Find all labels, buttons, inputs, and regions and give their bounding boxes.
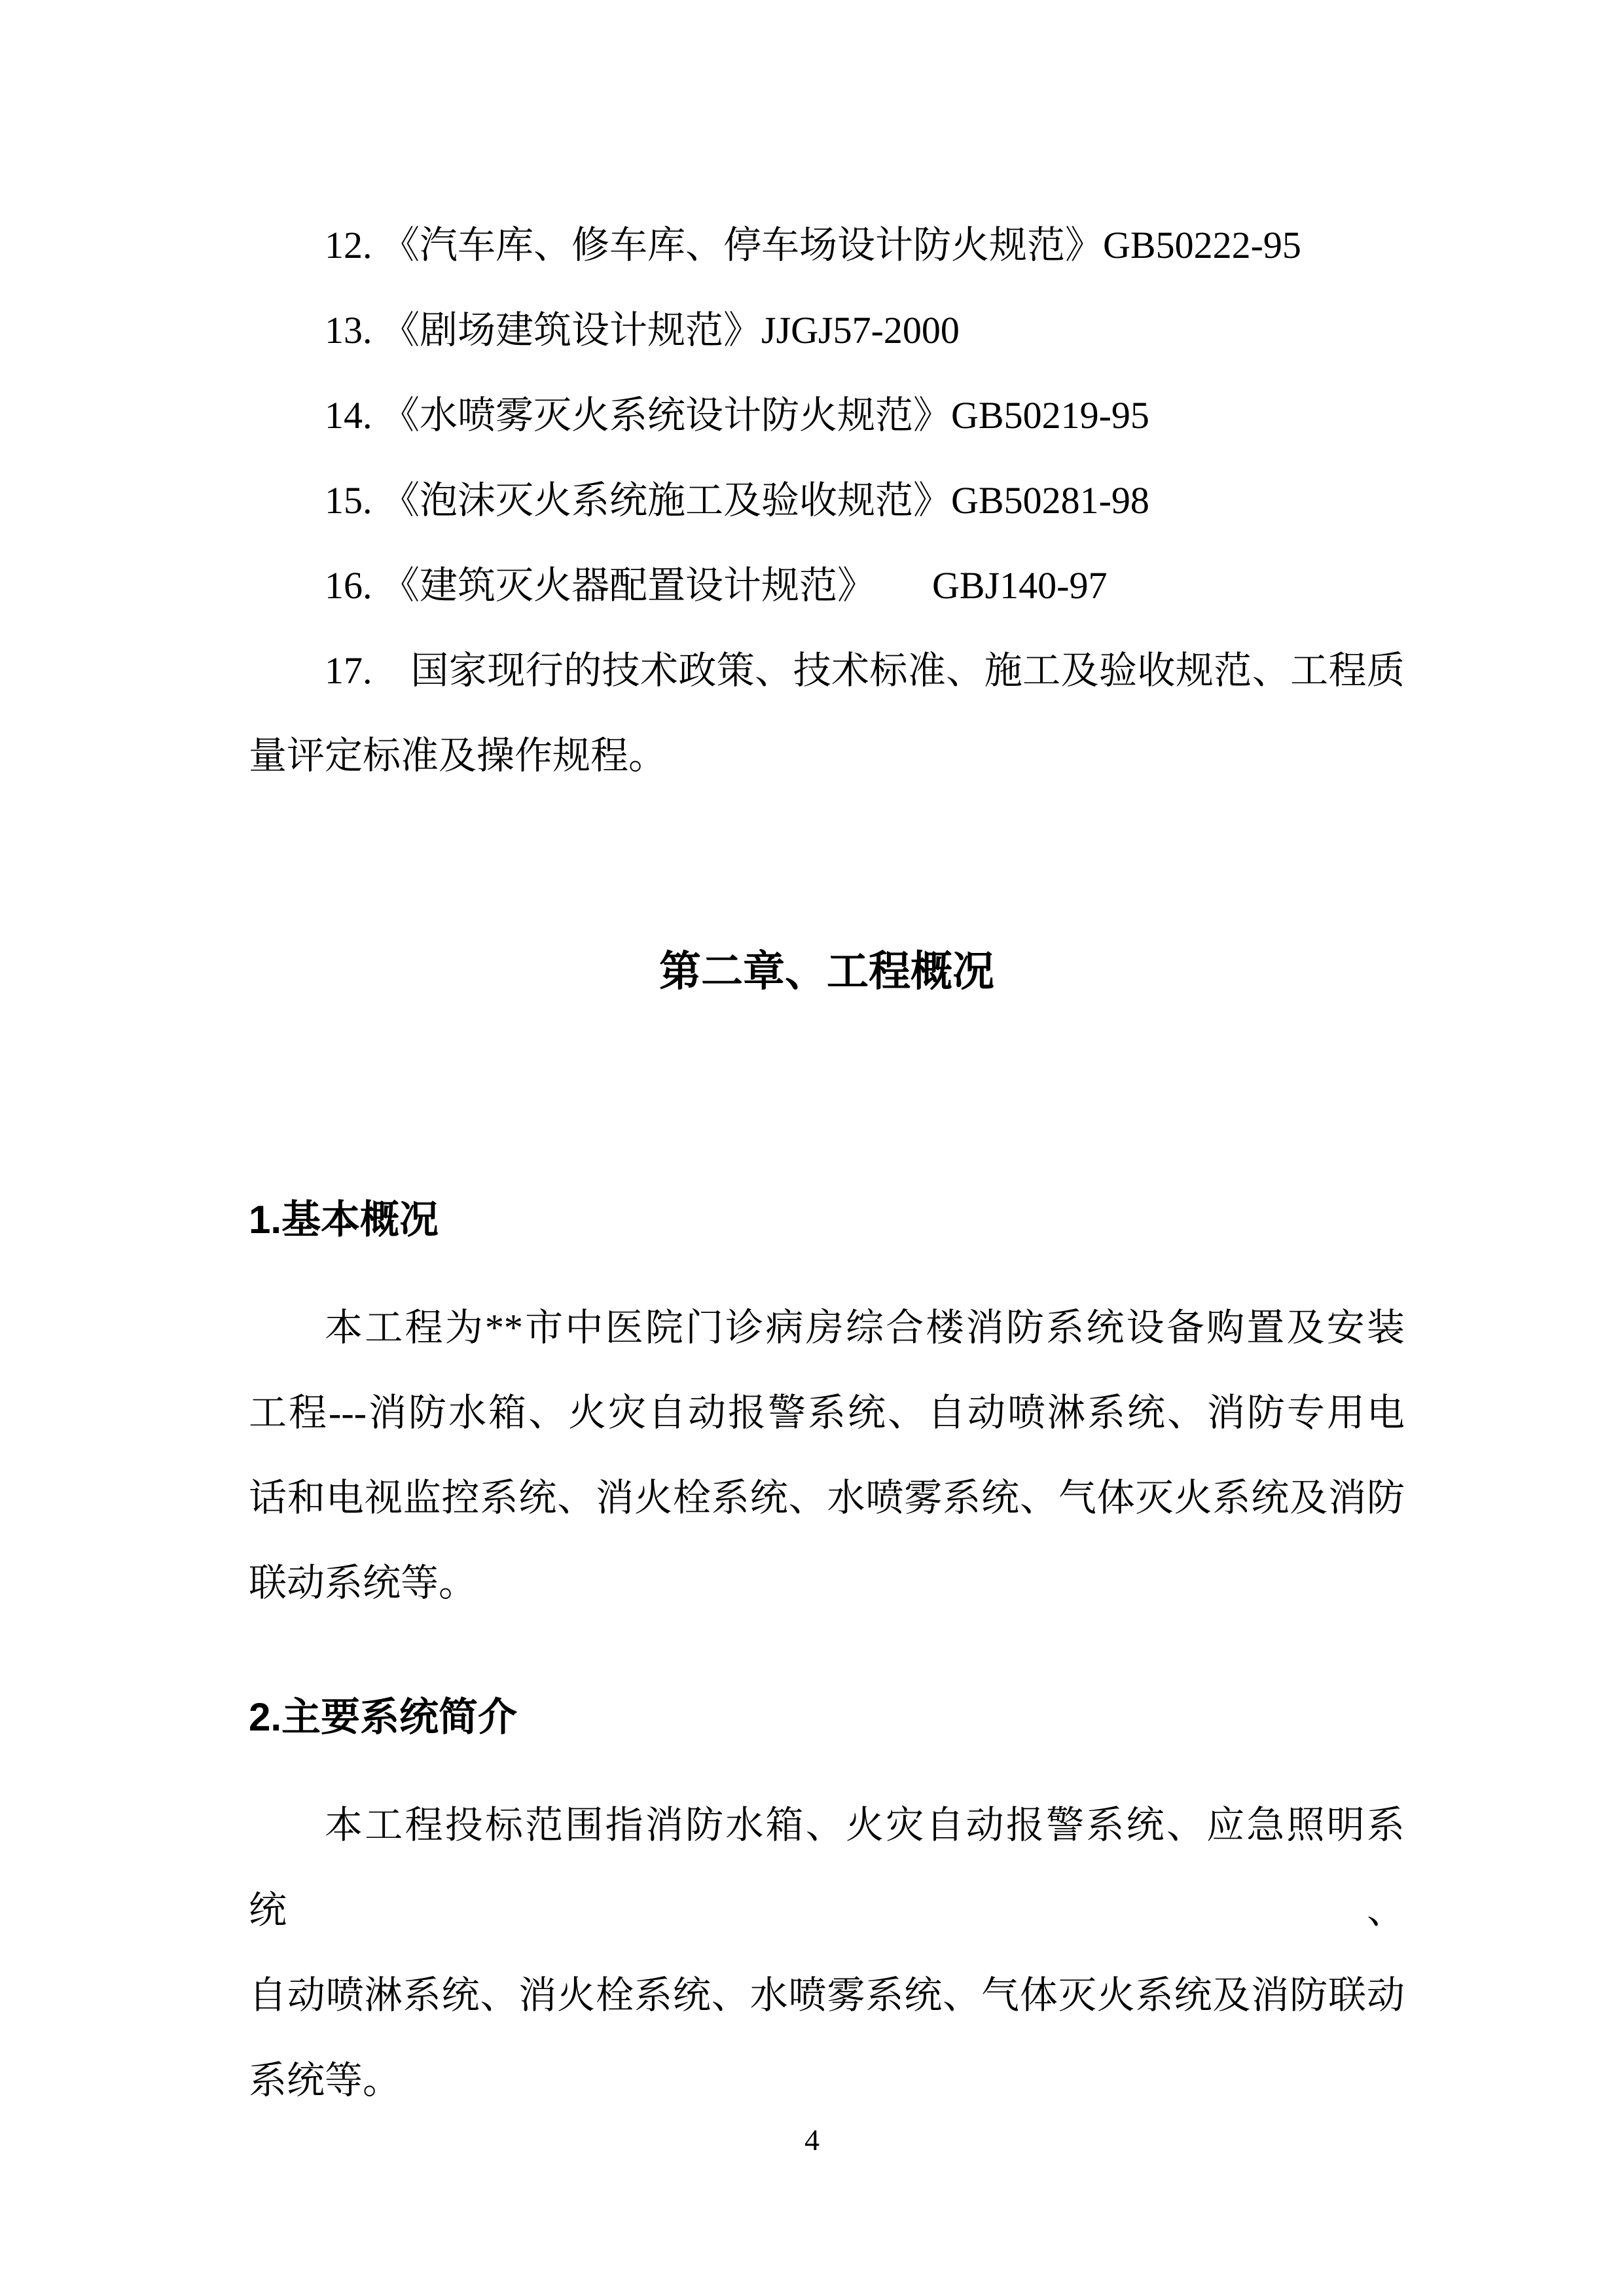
paragraph-line: 工程---消防水箱、火灾自动报警系统、自动喷淋系统、消防专用电 [249,1371,1405,1456]
page-number: 4 [0,2121,1624,2160]
paragraph-line: 联动系统等。 [249,1541,1405,1626]
paragraph-line: 自动喷淋系统、消火栓系统、水喷雾系统、气体灭火系统及消防联动 [249,1953,1405,2038]
section-heading-basic-overview: 1.基本概况 [249,1177,1405,1263]
paragraph-line: 话和电视监控系统、消火栓系统、水喷雾系统、气体灭火系统及消防 [249,1456,1405,1541]
document-body: 12. 《汽车库、修车库、停车场设计防火规范》GB50222-95 13. 《剧… [249,203,1405,2123]
standard-list-item-12: 12. 《汽车库、修车库、停车场设计防火规范》GB50222-95 [249,203,1405,288]
standard-list-item-17-line-2: 量评定标准及操作规程。 [249,713,1405,798]
section-heading-main-systems: 2.主要系统简介 [249,1675,1405,1760]
paragraph-basic-overview: 本工程为**市中医院门诊病房综合楼消防系统设备购置及安装 工程---消防水箱、火… [249,1285,1405,1626]
standard-list-item-17: 17. 国家现行的技术政策、技术标准、施工及验收规范、工程质 量评定标准及操作规… [249,628,1405,798]
standard-list-item-17-line-1: 17. 国家现行的技术政策、技术标准、施工及验收规范、工程质 [249,628,1405,713]
paragraph-main-systems: 本工程投标范围指消防水箱、火灾自动报警系统、应急照明系统、 自动喷淋系统、消火栓… [249,1783,1405,2123]
standard-list-item-13: 13. 《剧场建筑设计规范》JJGJ57-2000 [249,288,1405,373]
standard-list-item-16: 16. 《建筑灭火器配置设计规范》 GBJ140-97 [249,543,1405,628]
chapter-heading: 第二章、工程概况 [249,929,1405,1014]
paragraph-line: 本工程投标范围指消防水箱、火灾自动报警系统、应急照明系统、 [249,1783,1405,1953]
standard-list-item-15: 15. 《泡沫灭火系统施工及验收规范》GB50281-98 [249,458,1405,543]
paragraph-line: 本工程为**市中医院门诊病房综合楼消防系统设备购置及安装 [249,1285,1405,1371]
paragraph-line: 系统等。 [249,2038,1405,2123]
document-page: 12. 《汽车库、修车库、停车场设计防火规范》GB50222-95 13. 《剧… [0,0,1624,2296]
standard-list-item-14: 14. 《水喷雾灭火系统设计防火规范》GB50219-95 [249,373,1405,458]
